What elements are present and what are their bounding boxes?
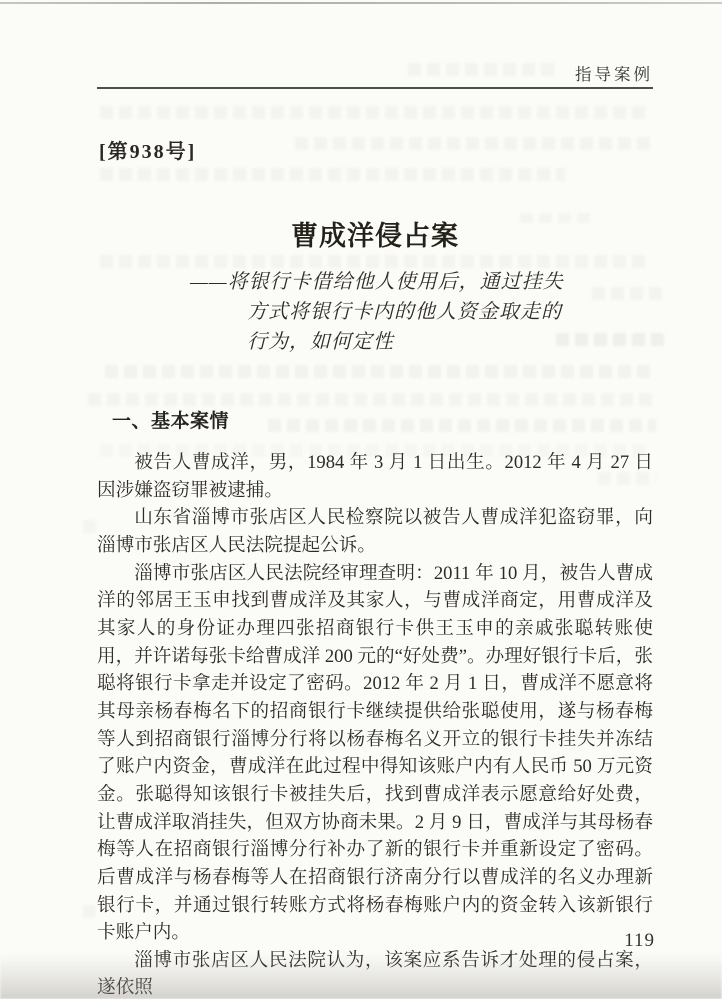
bleedthrough-smudge (83, 520, 97, 533)
page-number: 119 (97, 930, 655, 952)
header-rule (97, 87, 653, 89)
bleedthrough-smudge (295, 137, 650, 150)
paragraph-prosecution: 山东省淄博市张店区人民检察院以被告人曹成洋犯盗窃罪，向淄博市张店区人民法院提起公… (97, 504, 653, 559)
bleedthrough-smudge (83, 905, 97, 918)
section-heading: 一、基本案情 (112, 406, 229, 433)
running-head: 指导案例 (97, 61, 653, 85)
paragraph-court-findings: 淄博市张店区人民法院经审理查明：2011 年 10 月，被告人曹成洋的邻居王玉申… (97, 560, 653, 947)
book-page: 指导案例 [第938号] 曹成洋侵占案 ——将银行卡借给他人使用后，通过挂失 方… (0, 0, 722, 999)
bleedthrough-smudge (556, 333, 664, 346)
bleedthrough-smudge (88, 393, 653, 406)
case-subtitle: ——将银行卡借给他人使用后，通过挂失 方式将银行卡内的他人资金取走的 行为，如何… (190, 267, 564, 357)
bleedthrough-smudge (105, 365, 650, 378)
case-title: 曹成洋侵占案 (97, 214, 653, 253)
bleedthrough-smudge (100, 168, 565, 181)
scan-edge-line (0, 2, 722, 4)
subtitle-line-2: 方式将银行卡内的他人资金取走的 (247, 297, 564, 327)
bleedthrough-smudge (100, 106, 648, 119)
case-number: [第938号] (99, 135, 196, 164)
subtitle-line-1: ——将银行卡借给他人使用后，通过挂失 (190, 267, 564, 297)
bleedthrough-smudge (268, 419, 656, 432)
bleedthrough-smudge (592, 287, 667, 300)
subtitle-line-3: 行为，如何定性 (247, 327, 564, 357)
body-text: 被告人曹成洋，男，1984 年 3 月 1 日出生。2012 年 4 月 27 … (97, 449, 653, 999)
page-bottom-shadow (0, 953, 722, 999)
paragraph-defendant-info: 被告人曹成洋，男，1984 年 3 月 1 日出生。2012 年 4 月 27 … (97, 449, 653, 504)
